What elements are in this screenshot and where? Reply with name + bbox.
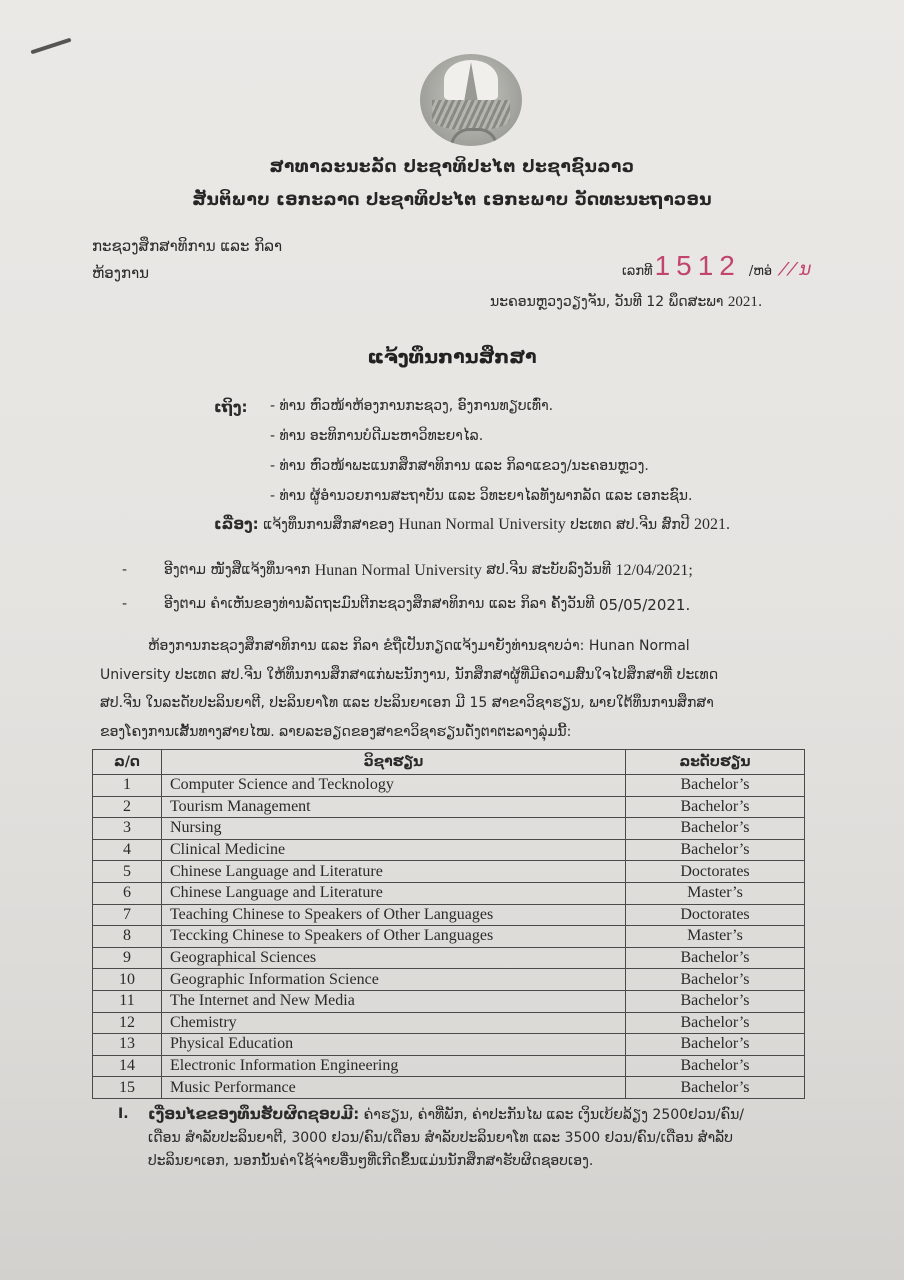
recipient-item: - ທ່ານ ຫົວໜ້າພະແນກສຶກສາທິການ ແລະ ກິລາແຂວ… (270, 458, 649, 488)
degree-level: Master’s (626, 926, 805, 948)
row-number: 2 (93, 796, 162, 818)
state-header-line1: ສາທາລະນະລັດ ປະຊາທິປະໄຕ ປະຊາຊົນລາວ (0, 157, 904, 177)
table-row: 14Electronic Information EngineeringBach… (93, 1055, 805, 1077)
course-name: Music Performance (162, 1077, 626, 1099)
degree-level: Bachelor’s (626, 1012, 805, 1034)
table-row: 6Chinese Language and LiteratureMaster’s (93, 882, 805, 904)
pen-mark (30, 38, 71, 55)
row-number: 10 (93, 969, 162, 991)
document-number-value: 1512 (655, 250, 741, 281)
course-name: Chemistry (162, 1012, 626, 1034)
recipient-item: - ທ່ານ ຫົວໜ້າຫ້ອງການກະຊວງ, ອົງການທຽບເທົ່… (270, 398, 553, 428)
header-level: ລະດັບຮຽນ (626, 750, 805, 775)
degree-level: Bachelor’s (626, 818, 805, 840)
row-number: 8 (93, 926, 162, 948)
subject-line: ເລື່ອງ: ແຈ້ງທຶນການສຶກສາຂອງ Hunan Normal … (214, 515, 730, 534)
degree-level: Bachelor’s (626, 947, 805, 969)
recipients-block: ເຖິງ:- ທ່ານ ຫົວໜ້າຫ້ອງການກະຊວງ, ອົງການທຽ… (214, 398, 692, 518)
degree-level: Master’s (626, 882, 805, 904)
row-number: 9 (93, 947, 162, 969)
degree-level: Bachelor’s (626, 1034, 805, 1056)
degree-level: Bachelor’s (626, 775, 805, 797)
course-name: Chinese Language and Literature (162, 861, 626, 883)
table-row: 15Music PerformanceBachelor’s (93, 1077, 805, 1099)
course-name: The Internet and New Media (162, 990, 626, 1012)
course-name: Electronic Information Engineering (162, 1055, 626, 1077)
row-number: 4 (93, 839, 162, 861)
degree-level: Bachelor’s (626, 1077, 805, 1099)
university-name: Hunan Normal University (399, 516, 566, 533)
table-row: 12ChemistryBachelor’s (93, 1012, 805, 1034)
degree-level: Bachelor’s (626, 839, 805, 861)
section-marker: I. (118, 1103, 129, 1126)
course-name: Chinese Language and Literature (162, 882, 626, 904)
course-name: Nursing (162, 818, 626, 840)
document-number-suffix: /ຫອ່ (749, 264, 772, 279)
recipients-label: ເຖິງ: (214, 398, 270, 428)
degree-level: Bachelor’s (626, 796, 805, 818)
table-row: 3NursingBachelor’s (93, 818, 805, 840)
degree-level: Doctorates (626, 861, 805, 883)
document-number: ເລກທີ1512/ຫອ່⁄ ⁄ ນ (622, 250, 811, 282)
row-number: 12 (93, 1012, 162, 1034)
date-year: 2021 (728, 294, 758, 310)
recipient-item: - ທ່ານ ອະທິການບໍດີມະຫາວິທະຍາໄລ. (270, 428, 483, 458)
row-number: 13 (93, 1034, 162, 1056)
course-name: Physical Education (162, 1034, 626, 1056)
table-header-row: ລ/ດ ວິຊາຮຽນ ລະດັບຮຽນ (93, 750, 805, 775)
degree-level: Bachelor’s (626, 990, 805, 1012)
date-line: ນະຄອນຫຼວງວຽງຈັນ, ວັນທີ 12 ພຶດສະພາ 2021. (490, 294, 762, 311)
handwritten-mark: ⁄ ⁄ ນ (782, 259, 811, 280)
body-paragraph: ຫ້ອງການກະຊວງສຶກສາທິການ ແລະ ກິລາ ຂໍຖືເປັນ… (100, 632, 822, 746)
row-number: 14 (93, 1055, 162, 1077)
subject-label: ເລື່ອງ: (214, 515, 259, 533)
document-title: ແຈ້ງທຶນການສຶກສາ (0, 346, 904, 368)
reference-item: - ອີງຕາມ ຄໍາເຫັນຂອງທ່ານລັດຖະມົນຕີກະຊວງສຶ… (122, 596, 693, 630)
degree-level: Doctorates (626, 904, 805, 926)
recipient-item: - ທ່ານ ຜູ້ອໍານວຍການສະຖາບັນ ແລະ ວິທະຍາໄລທ… (270, 488, 692, 518)
references-list: - ອີງຕາມ ໜັງສືແຈ້ງທຶນຈາກ Hunan Normal Un… (122, 562, 693, 630)
sender-ministry: ກະຊວງສຶກສາທິການ ແລະ ກິລາ (92, 237, 282, 255)
degree-level: Bachelor’s (626, 1055, 805, 1077)
state-motto-line2: ສັນຕິພາບ ເອກະລາດ ປະຊາທິປະໄຕ ເອກະພາບ ວັດທ… (0, 190, 904, 210)
row-number: 15 (93, 1077, 162, 1099)
table-row: 4Clinical MedicineBachelor’s (93, 839, 805, 861)
degree-level: Bachelor’s (626, 969, 805, 991)
table-row: 5Chinese Language and LiteratureDoctorat… (93, 861, 805, 883)
row-number: 3 (93, 818, 162, 840)
table-row: 8Teccking Chinese to Speakers of Other L… (93, 926, 805, 948)
scholarship-conditions: I. ເງື່ອນໄຂຂອງທຶນຮັບຜິດຊອບມີ: ຄ່າຮຽນ, ຄ່… (120, 1103, 850, 1173)
course-name: Geographic Information Science (162, 969, 626, 991)
row-number: 6 (93, 882, 162, 904)
row-number: 5 (93, 861, 162, 883)
course-name: Clinical Medicine (162, 839, 626, 861)
document-page: ສາທາລະນະລັດ ປະຊາທິປະໄຕ ປະຊາຊົນລາວ ສັນຕິພ… (0, 0, 904, 1280)
table-row: 13Physical EducationBachelor’s (93, 1034, 805, 1056)
header-course: ວິຊາຮຽນ (162, 750, 626, 775)
table-row: 9Geographical SciencesBachelor’s (93, 947, 805, 969)
date-text: ນະຄອນຫຼວງວຽງຈັນ, ວັນທີ 12 ພຶດສະພາ (490, 294, 723, 310)
course-name: Computer Science and Tecknology (162, 775, 626, 797)
table-row: 10Geographic Information ScienceBachelor… (93, 969, 805, 991)
reference-item: - ອີງຕາມ ໜັງສືແຈ້ງທຶນຈາກ Hunan Normal Un… (122, 562, 693, 596)
course-name: Geographical Sciences (162, 947, 626, 969)
table-row: 2Tourism ManagementBachelor’s (93, 796, 805, 818)
courses-table: ລ/ດ ວິຊາຮຽນ ລະດັບຮຽນ 1Computer Science a… (92, 749, 805, 1099)
course-name: Tourism Management (162, 796, 626, 818)
conditions-lead: ເງື່ອນໄຂຂອງທຶນຮັບຜິດຊອບມີ: (148, 1105, 359, 1123)
course-name: Teccking Chinese to Speakers of Other La… (162, 926, 626, 948)
course-name: Teaching Chinese to Speakers of Other La… (162, 904, 626, 926)
sender-department: ຫ້ອງການ (92, 264, 149, 282)
table-row: 11The Internet and New MediaBachelor’s (93, 990, 805, 1012)
document-number-label: ເລກທີ (622, 264, 653, 279)
table-row: 1Computer Science and TecknologyBachelor… (93, 775, 805, 797)
table-row: 7Teaching Chinese to Speakers of Other L… (93, 904, 805, 926)
header-number: ລ/ດ (93, 750, 162, 775)
row-number: 1 (93, 775, 162, 797)
row-number: 7 (93, 904, 162, 926)
row-number: 11 (93, 990, 162, 1012)
lao-national-emblem-icon (420, 54, 522, 146)
